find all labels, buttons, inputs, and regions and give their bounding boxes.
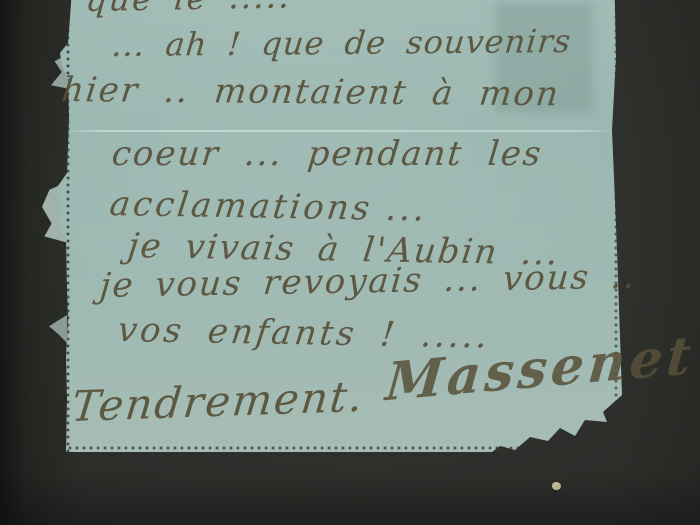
handwriting-line-5: acclamations ... (108, 184, 430, 229)
handwriting-line-7: je vous revoyais ... vous .. (98, 257, 638, 306)
handwriting-line-1: que le ..... (84, 0, 293, 19)
handwritten-text: que le ..... ... ah ! que de souvenirs h… (0, 0, 700, 525)
handwriting-line-4: coeur ... pendant les (110, 134, 545, 174)
handwriting-line-3: hier .. montaient à mon (60, 70, 563, 114)
closing-word: Tendrement. (69, 372, 366, 431)
photo-of-handwritten-letter: que le ..... ... ah ! que de souvenirs h… (0, 0, 700, 525)
handwriting-line-2: ... ah ! que de souvenirs (110, 22, 573, 64)
